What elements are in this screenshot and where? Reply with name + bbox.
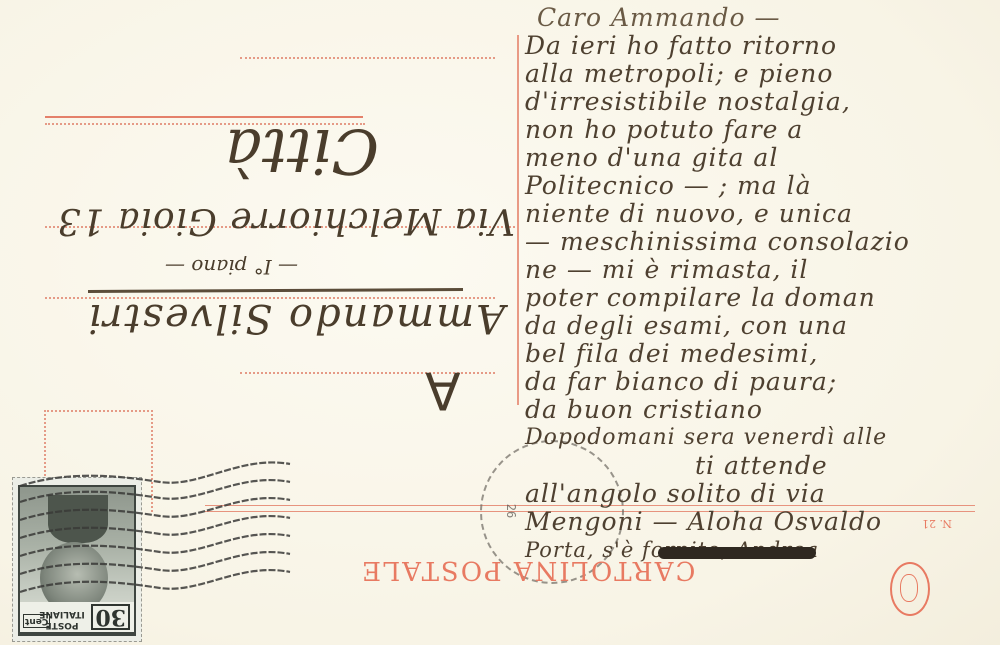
address-city: Città	[225, 115, 379, 188]
message-line: d'irresistibile nostalgia,	[525, 88, 995, 116]
address-floor: — I° piano —	[165, 255, 298, 279]
recipient-underline	[88, 288, 463, 293]
message-line: alla metropoli; e pieno	[525, 60, 995, 88]
postcard: Città Via Melchiorre Gioia 13 — I° piano…	[0, 0, 1000, 645]
message-line: da buon cristiano	[525, 396, 995, 424]
message-line: Da ieri ho fatto ritorno	[525, 32, 995, 60]
printed-seal-icon	[890, 562, 930, 616]
address-recipient: Ammando Silvestri	[85, 295, 505, 341]
message-line: Politecnico — ; ma là	[525, 172, 995, 200]
message-line: all'angolo solito di via	[525, 480, 995, 508]
message-line: ti attende	[525, 452, 995, 480]
address-prefix: A	[425, 360, 461, 420]
message-line: bel fila dei medesimi,	[525, 340, 995, 368]
message-line: Dopodomani sera venerdì alle	[525, 424, 995, 452]
message-line: ne — mi è rimasta, il	[525, 256, 995, 284]
wavy-cancellation-icon	[10, 440, 300, 620]
address-street: Via Melchiorre Gioia 13	[45, 200, 515, 241]
ink-strikeout	[658, 547, 816, 559]
message-line: Mengoni — Aloha Osvaldo	[525, 508, 995, 536]
message-line: niente di nuovo, e unica	[525, 200, 995, 228]
center-divider	[517, 35, 519, 405]
message-line: poter compilare la doman	[525, 284, 995, 312]
message-line: da far bianco di paura;	[525, 368, 995, 396]
postmark-date: 26	[504, 504, 518, 518]
message-line: meno d'una gita al	[525, 144, 995, 172]
address-line-top-right	[240, 57, 495, 59]
stamp-country-line1: POSTE	[45, 620, 78, 630]
message-line: da degli esami, con una	[525, 312, 995, 340]
handwritten-message: Caro Ammando — Da ieri ho fatto ritorno …	[525, 4, 995, 564]
message-line: non ho potuto fare a	[525, 116, 995, 144]
message-greeting: Caro Ammando —	[525, 4, 995, 32]
message-line: — meschinissima consolazio	[525, 228, 995, 256]
